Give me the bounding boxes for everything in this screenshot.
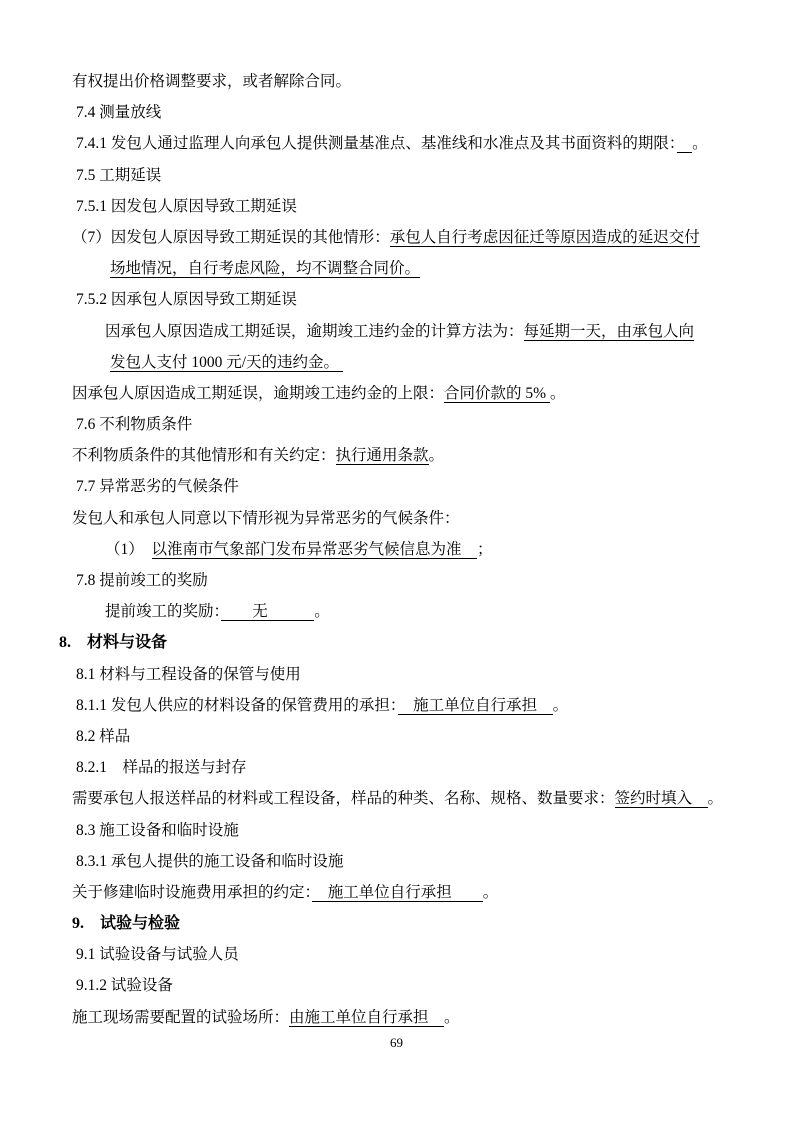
document-line: 场地情况，自行考虑风险，均不调整合同价。 bbox=[0, 253, 793, 284]
filled-blank-field: 以淮南市气象部门发布异常恶劣气候信息为准 bbox=[152, 541, 478, 559]
text-segment: 施工现场需要配置的试验场所： bbox=[72, 1009, 289, 1026]
text-segment: 提前竣工的奖励： bbox=[105, 603, 221, 620]
text-segment: 发包人和承包人同意以下情形视为异常恶劣的气候条件： bbox=[72, 510, 460, 527]
filled-blank-field: 施工单位自行承担 bbox=[312, 884, 483, 902]
document-line: 7.5.1 因发包人原因导致工期延误 bbox=[0, 191, 793, 222]
text-segment: （7）因发包人原因导致工期延误的其他情形： bbox=[72, 229, 390, 246]
document-line: 提前竣工的奖励： 无 。 bbox=[0, 596, 793, 627]
section-heading: 8. 材料与设备 bbox=[0, 627, 793, 658]
text-segment: 7.8 提前竣工的奖励 bbox=[76, 572, 208, 589]
document-line: 因承包人原因造成工期延误，逾期竣工违约金的计算方法为：每延期一天，由承包人向 bbox=[0, 316, 793, 347]
filled-blank-field bbox=[677, 135, 693, 153]
document-page: 有权提出价格调整要求，或者解除合同。7.4 测量放线7.4.1 发包人通过监理人… bbox=[0, 0, 793, 1122]
page-number: 69 bbox=[0, 1035, 793, 1051]
text-segment: 。 bbox=[550, 385, 566, 402]
document-line: 施工现场需要配置的试验场所：由施工单位自行承担 。 bbox=[0, 1002, 793, 1033]
filled-blank-field: 发包人支付 1000 元/天的违约金。 bbox=[110, 354, 343, 372]
filled-blank-field: 执行通用条款 bbox=[336, 447, 429, 465]
filled-blank-field: 签约时填入 bbox=[615, 790, 708, 808]
text-segment: 8.2.1 样品的报送与封存 bbox=[76, 759, 247, 776]
document-line: 7.8 提前竣工的奖励 bbox=[0, 565, 793, 596]
text-segment: 因承包人原因造成工期延误，逾期竣工违约金的上限： bbox=[72, 385, 444, 402]
document-body: 有权提出价格调整要求，或者解除合同。7.4 测量放线7.4.1 发包人通过监理人… bbox=[0, 0, 793, 1033]
text-segment: 7.7 异常恶劣的气候条件 bbox=[76, 478, 239, 495]
document-line: 7.6 不利物质条件 bbox=[0, 409, 793, 440]
text-segment: 7.4.1 发包人通过监理人向承包人提供测量基准点、基准线和水准点及其书面资料的… bbox=[76, 135, 677, 152]
document-line: 7.4 测量放线 bbox=[0, 97, 793, 128]
text-segment: 9. 试验与检验 bbox=[72, 915, 180, 932]
text-segment: 。 bbox=[444, 1009, 460, 1026]
text-segment: 8. 材料与设备 bbox=[59, 634, 167, 651]
document-line: （1） 以淮南市气象部门发布异常恶劣气候信息为准 ； bbox=[0, 534, 793, 565]
section-heading: 9. 试验与检验 bbox=[0, 908, 793, 939]
text-segment: 8.3 施工设备和临时设施 bbox=[76, 822, 239, 839]
document-line: 发包人支付 1000 元/天的违约金。 bbox=[0, 347, 793, 378]
text-segment: （1） bbox=[105, 541, 152, 558]
document-line: 8.3.1 承包人提供的施工设备和临时设施 bbox=[0, 846, 793, 877]
filled-blank-field: 无 bbox=[221, 603, 314, 621]
text-segment: 8.2 样品 bbox=[76, 728, 130, 745]
text-segment: 。 bbox=[708, 790, 724, 807]
document-line: 需要承包人报送样品的材料或工程设备，样品的种类、名称、规格、数量要求：签约时填入… bbox=[0, 783, 793, 814]
text-segment: 7.6 不利物质条件 bbox=[76, 416, 192, 433]
text-segment: 。 bbox=[692, 135, 708, 152]
document-line: （7）因发包人原因导致工期延误的其他情形：承包人自行考虑因征迁等原因造成的延迟交… bbox=[0, 222, 793, 253]
text-segment: 。 bbox=[429, 447, 445, 464]
document-line: 不利物质条件的其他情形和有关约定：执行通用条款。 bbox=[0, 440, 793, 471]
document-line: 发包人和承包人同意以下情形视为异常恶劣的气候条件： bbox=[0, 503, 793, 534]
text-segment: 7.5.1 因发包人原因导致工期延误 bbox=[76, 198, 297, 215]
document-line: 8.2 样品 bbox=[0, 721, 793, 752]
document-line: 8.1 材料与工程设备的保管与使用 bbox=[0, 659, 793, 690]
text-segment: 关于修建临时设施费用承担的约定： bbox=[72, 884, 312, 901]
document-line: 8.1.1 发包人供应的材料设备的保管费用的承担： 施工单位自行承担 。 bbox=[0, 690, 793, 721]
text-segment: 7.5.2 因承包人原因导致工期延误 bbox=[76, 291, 297, 308]
text-segment: 。 bbox=[314, 603, 330, 620]
text-segment: 。 bbox=[483, 884, 499, 901]
text-segment: 有权提出价格调整要求，或者解除合同。 bbox=[72, 73, 351, 90]
text-segment: 。 bbox=[553, 697, 569, 714]
document-line: 8.3 施工设备和临时设施 bbox=[0, 815, 793, 846]
text-segment: 9.1.2 试验设备 bbox=[76, 977, 173, 994]
text-segment: ； bbox=[477, 541, 493, 558]
filled-blank-field: 每延期一天，由承包人向 bbox=[524, 323, 695, 341]
document-line: 因承包人原因造成工期延误，逾期竣工违约金的上限：合同价款的 5% 。 bbox=[0, 378, 793, 409]
document-line: 7.4.1 发包人通过监理人向承包人提供测量基准点、基准线和水准点及其书面资料的… bbox=[0, 128, 793, 159]
text-segment: 9.1 试验设备与试验人员 bbox=[76, 946, 239, 963]
text-segment: 8.1.1 发包人供应的材料设备的保管费用的承担： bbox=[76, 697, 398, 714]
document-line: 7.5.2 因承包人原因导致工期延误 bbox=[0, 284, 793, 315]
document-line: 9.1 试验设备与试验人员 bbox=[0, 939, 793, 970]
document-line: 8.2.1 样品的报送与封存 bbox=[0, 752, 793, 783]
text-segment: 7.5 工期延误 bbox=[76, 167, 161, 184]
document-line: 7.5 工期延误 bbox=[0, 160, 793, 191]
text-segment: 需要承包人报送样品的材料或工程设备，样品的种类、名称、规格、数量要求： bbox=[72, 790, 615, 807]
filled-blank-field: 由施工单位自行承担 bbox=[289, 1009, 444, 1027]
document-line: 7.7 异常恶劣的气候条件 bbox=[0, 471, 793, 502]
filled-blank-field: 施工单位自行承担 bbox=[398, 697, 553, 715]
document-line: 9.1.2 试验设备 bbox=[0, 970, 793, 1001]
filled-blank-field: 场地情况，自行考虑风险，均不调整合同价。 bbox=[110, 260, 420, 278]
text-segment: 不利物质条件的其他情形和有关约定： bbox=[72, 447, 336, 464]
filled-blank-field: 合同价款的 5% bbox=[444, 385, 550, 403]
text-segment: 因承包人原因造成工期延误，逾期竣工违约金的计算方法为： bbox=[105, 323, 524, 340]
filled-blank-field: 承包人自行考虑因征迁等原因造成的延迟交付 bbox=[390, 229, 700, 247]
text-segment: 8.3.1 承包人提供的施工设备和临时设施 bbox=[76, 853, 343, 870]
text-segment: 8.1 材料与工程设备的保管与使用 bbox=[76, 666, 301, 683]
document-line: 有权提出价格调整要求，或者解除合同。 bbox=[0, 66, 793, 97]
document-line: 关于修建临时设施费用承担的约定： 施工单位自行承担 。 bbox=[0, 877, 793, 908]
text-segment: 7.4 测量放线 bbox=[76, 104, 161, 121]
